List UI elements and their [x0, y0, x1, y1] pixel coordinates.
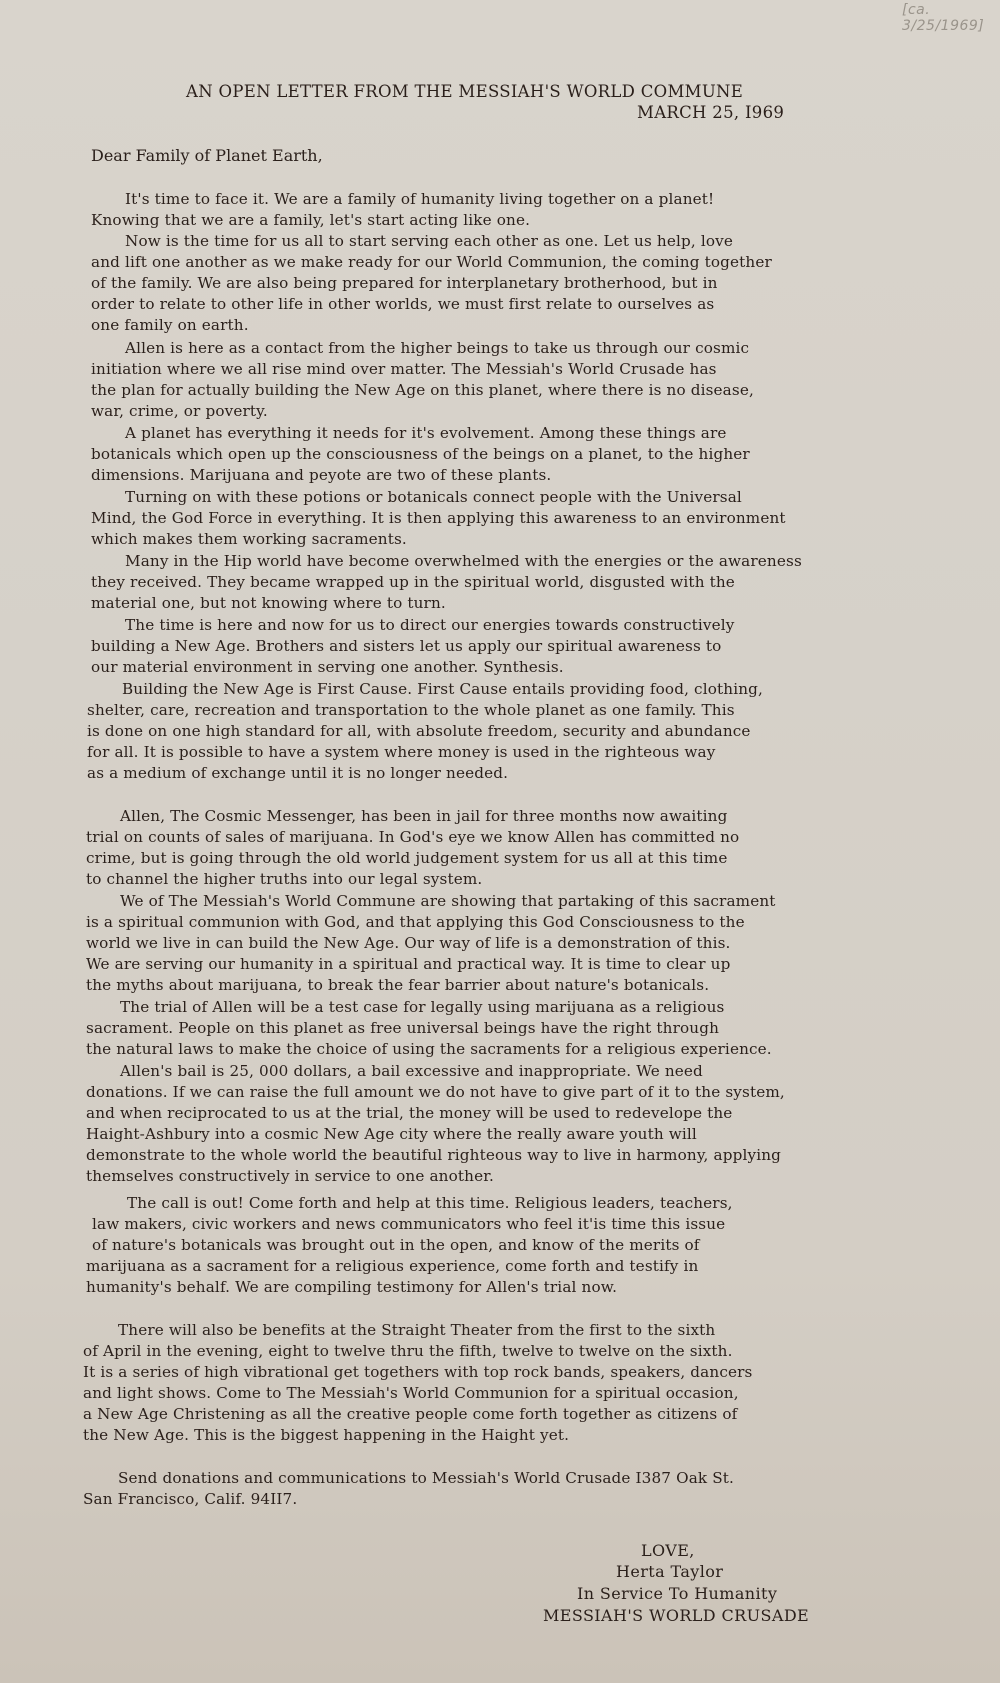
body-line: trial on counts of sales of marijuana. I… — [86, 830, 739, 845]
body-line: to channel the higher truths into our le… — [86, 872, 482, 887]
body-line: sacrament. People on this planet as free… — [86, 1021, 719, 1036]
body-line: building a New Age. Brothers and sisters… — [91, 639, 721, 654]
body-line: Building the New Age is First Cause. Fir… — [122, 682, 763, 697]
body-line: themselves constructively in service to … — [86, 1169, 494, 1184]
body-line: Now is the time for us all to start serv… — [125, 234, 733, 249]
body-line: is a spiritual communion with God, and t… — [86, 915, 745, 930]
body-line: marijuana as a sacrament for a religious… — [86, 1259, 698, 1274]
body-line: which makes them working sacraments. — [91, 532, 407, 547]
body-line: law makers, civic workers and news commu… — [92, 1217, 725, 1232]
body-line: they received. They became wrapped up in… — [91, 575, 735, 590]
letter-title: AN OPEN LETTER FROM THE MESSIAH'S WORLD … — [186, 82, 743, 101]
body-line: donations. If we can raise the full amou… — [86, 1085, 785, 1100]
body-line: the natural laws to make the choice of u… — [86, 1042, 772, 1057]
body-line: It's time to face it. We are a family of… — [125, 192, 714, 207]
body-line: We of The Messiah's World Commune are sh… — [120, 894, 776, 909]
body-line: shelter, care, recreation and transporta… — [87, 703, 735, 718]
body-line: as a medium of exchange until it is no l… — [87, 766, 508, 781]
signer-tagline: In Service To Humanity — [577, 1584, 777, 1603]
body-line: We are serving our humanity in a spiritu… — [86, 957, 730, 972]
body-line: The trial of Allen will be a test case f… — [120, 1000, 724, 1015]
body-line: Allen, The Cosmic Messenger, has been in… — [120, 809, 727, 824]
body-line: material one, but not knowing where to t… — [91, 596, 446, 611]
body-line: war, crime, or poverty. — [91, 404, 268, 419]
body-line: The time is here and now for us to direc… — [125, 618, 734, 633]
body-line: There will also be benefits at the Strai… — [118, 1323, 715, 1338]
body-line: Mind, the God Force in everything. It is… — [91, 511, 786, 526]
letter-date: MARCH 25, I969 — [637, 103, 784, 122]
body-line: order to relate to other life in other w… — [91, 297, 714, 312]
body-line: and lift one another as we make ready fo… — [91, 255, 772, 270]
body-line: botanicals which open up the consciousne… — [91, 447, 750, 462]
body-line: Knowing that we are a family, let's star… — [91, 213, 530, 228]
body-line: world we live in can build the New Age. … — [86, 936, 731, 951]
body-line: is done on one high standard for all, wi… — [87, 724, 751, 739]
archive-date-annotation: [ca. 3/25/1969] — [902, 2, 1000, 34]
body-line: initiation where we all rise mind over m… — [91, 362, 717, 377]
body-line: A planet has everything it needs for it'… — [125, 426, 727, 441]
letter-page: [ca. 3/25/1969] AN OPEN LETTER FROM THE … — [0, 0, 1000, 1683]
signer-name: Herta Taylor — [616, 1562, 723, 1581]
body-line: our material environment in serving one … — [91, 660, 564, 675]
salutation: Dear Family of Planet Earth, — [91, 146, 323, 165]
body-line: of April in the evening, eight to twelve… — [83, 1344, 733, 1359]
body-line: Allen is here as a contact from the high… — [125, 341, 749, 356]
body-line: The call is out! Come forth and help at … — [127, 1196, 733, 1211]
body-line: Haight-Ashbury into a cosmic New Age cit… — [86, 1127, 697, 1142]
body-line: for all. It is possible to have a system… — [87, 745, 715, 760]
body-line: dimensions. Marijuana and peyote are two… — [91, 468, 551, 483]
body-line: Many in the Hip world have become overwh… — [125, 554, 802, 569]
body-line: the New Age. This is the biggest happeni… — [83, 1428, 569, 1443]
body-line: Turning on with these potions or botanic… — [125, 490, 742, 505]
body-line: crime, but is going through the old worl… — [86, 851, 727, 866]
body-line: of nature's botanicals was brought out i… — [92, 1238, 700, 1253]
body-line: one family on earth. — [91, 318, 249, 333]
body-line: and when reciprocated to us at the trial… — [86, 1106, 732, 1121]
body-line: and light shows. Come to The Messiah's W… — [83, 1386, 739, 1401]
body-line: a New Age Christening as all the creativ… — [83, 1407, 737, 1422]
body-line: Allen's bail is 25, 000 dollars, a bail … — [120, 1064, 703, 1079]
body-line: the plan for actually building the New A… — [91, 383, 754, 398]
body-line: the myths about marijuana, to break the … — [86, 978, 709, 993]
body-line: San Francisco, Calif. 94II7. — [83, 1492, 297, 1507]
body-line: demonstrate to the whole world the beaut… — [86, 1148, 781, 1163]
body-line: It is a series of high vibrational get t… — [83, 1365, 752, 1380]
organization-name: MESSIAH'S WORLD CRUSADE — [543, 1606, 809, 1625]
closing: LOVE, — [641, 1541, 695, 1560]
body-line: humanity's behalf. We are compiling test… — [86, 1280, 617, 1295]
body-line: Send donations and communications to Mes… — [118, 1471, 734, 1486]
body-line: of the family. We are also being prepare… — [91, 276, 718, 291]
